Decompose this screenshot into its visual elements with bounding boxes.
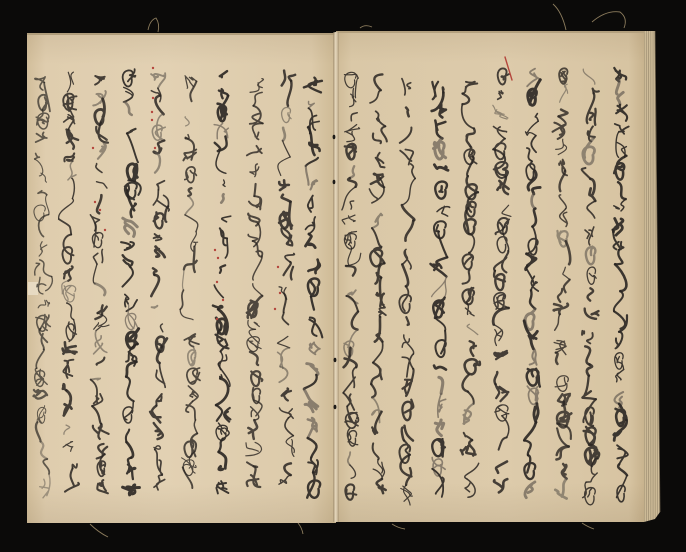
thread: [360, 26, 372, 28]
right-page: [336, 31, 644, 522]
page-edge-outline: [655, 31, 660, 512]
book-photo: こゝまれは錦乃はけを成ちさらそれへよろあれの也かゝ丈よあはれ日月のうそしく渡の河…: [0, 0, 686, 552]
thread: [392, 524, 405, 529]
thread: [592, 12, 625, 28]
thread: [148, 18, 159, 32]
thread: [90, 524, 108, 537]
thread: [553, 4, 566, 30]
paper-patch: [28, 282, 38, 295]
thread: [582, 523, 594, 529]
book-gutter: [333, 32, 339, 522]
page-edges-stack: [644, 31, 660, 522]
left-page: [27, 33, 336, 523]
thread: [298, 523, 303, 534]
